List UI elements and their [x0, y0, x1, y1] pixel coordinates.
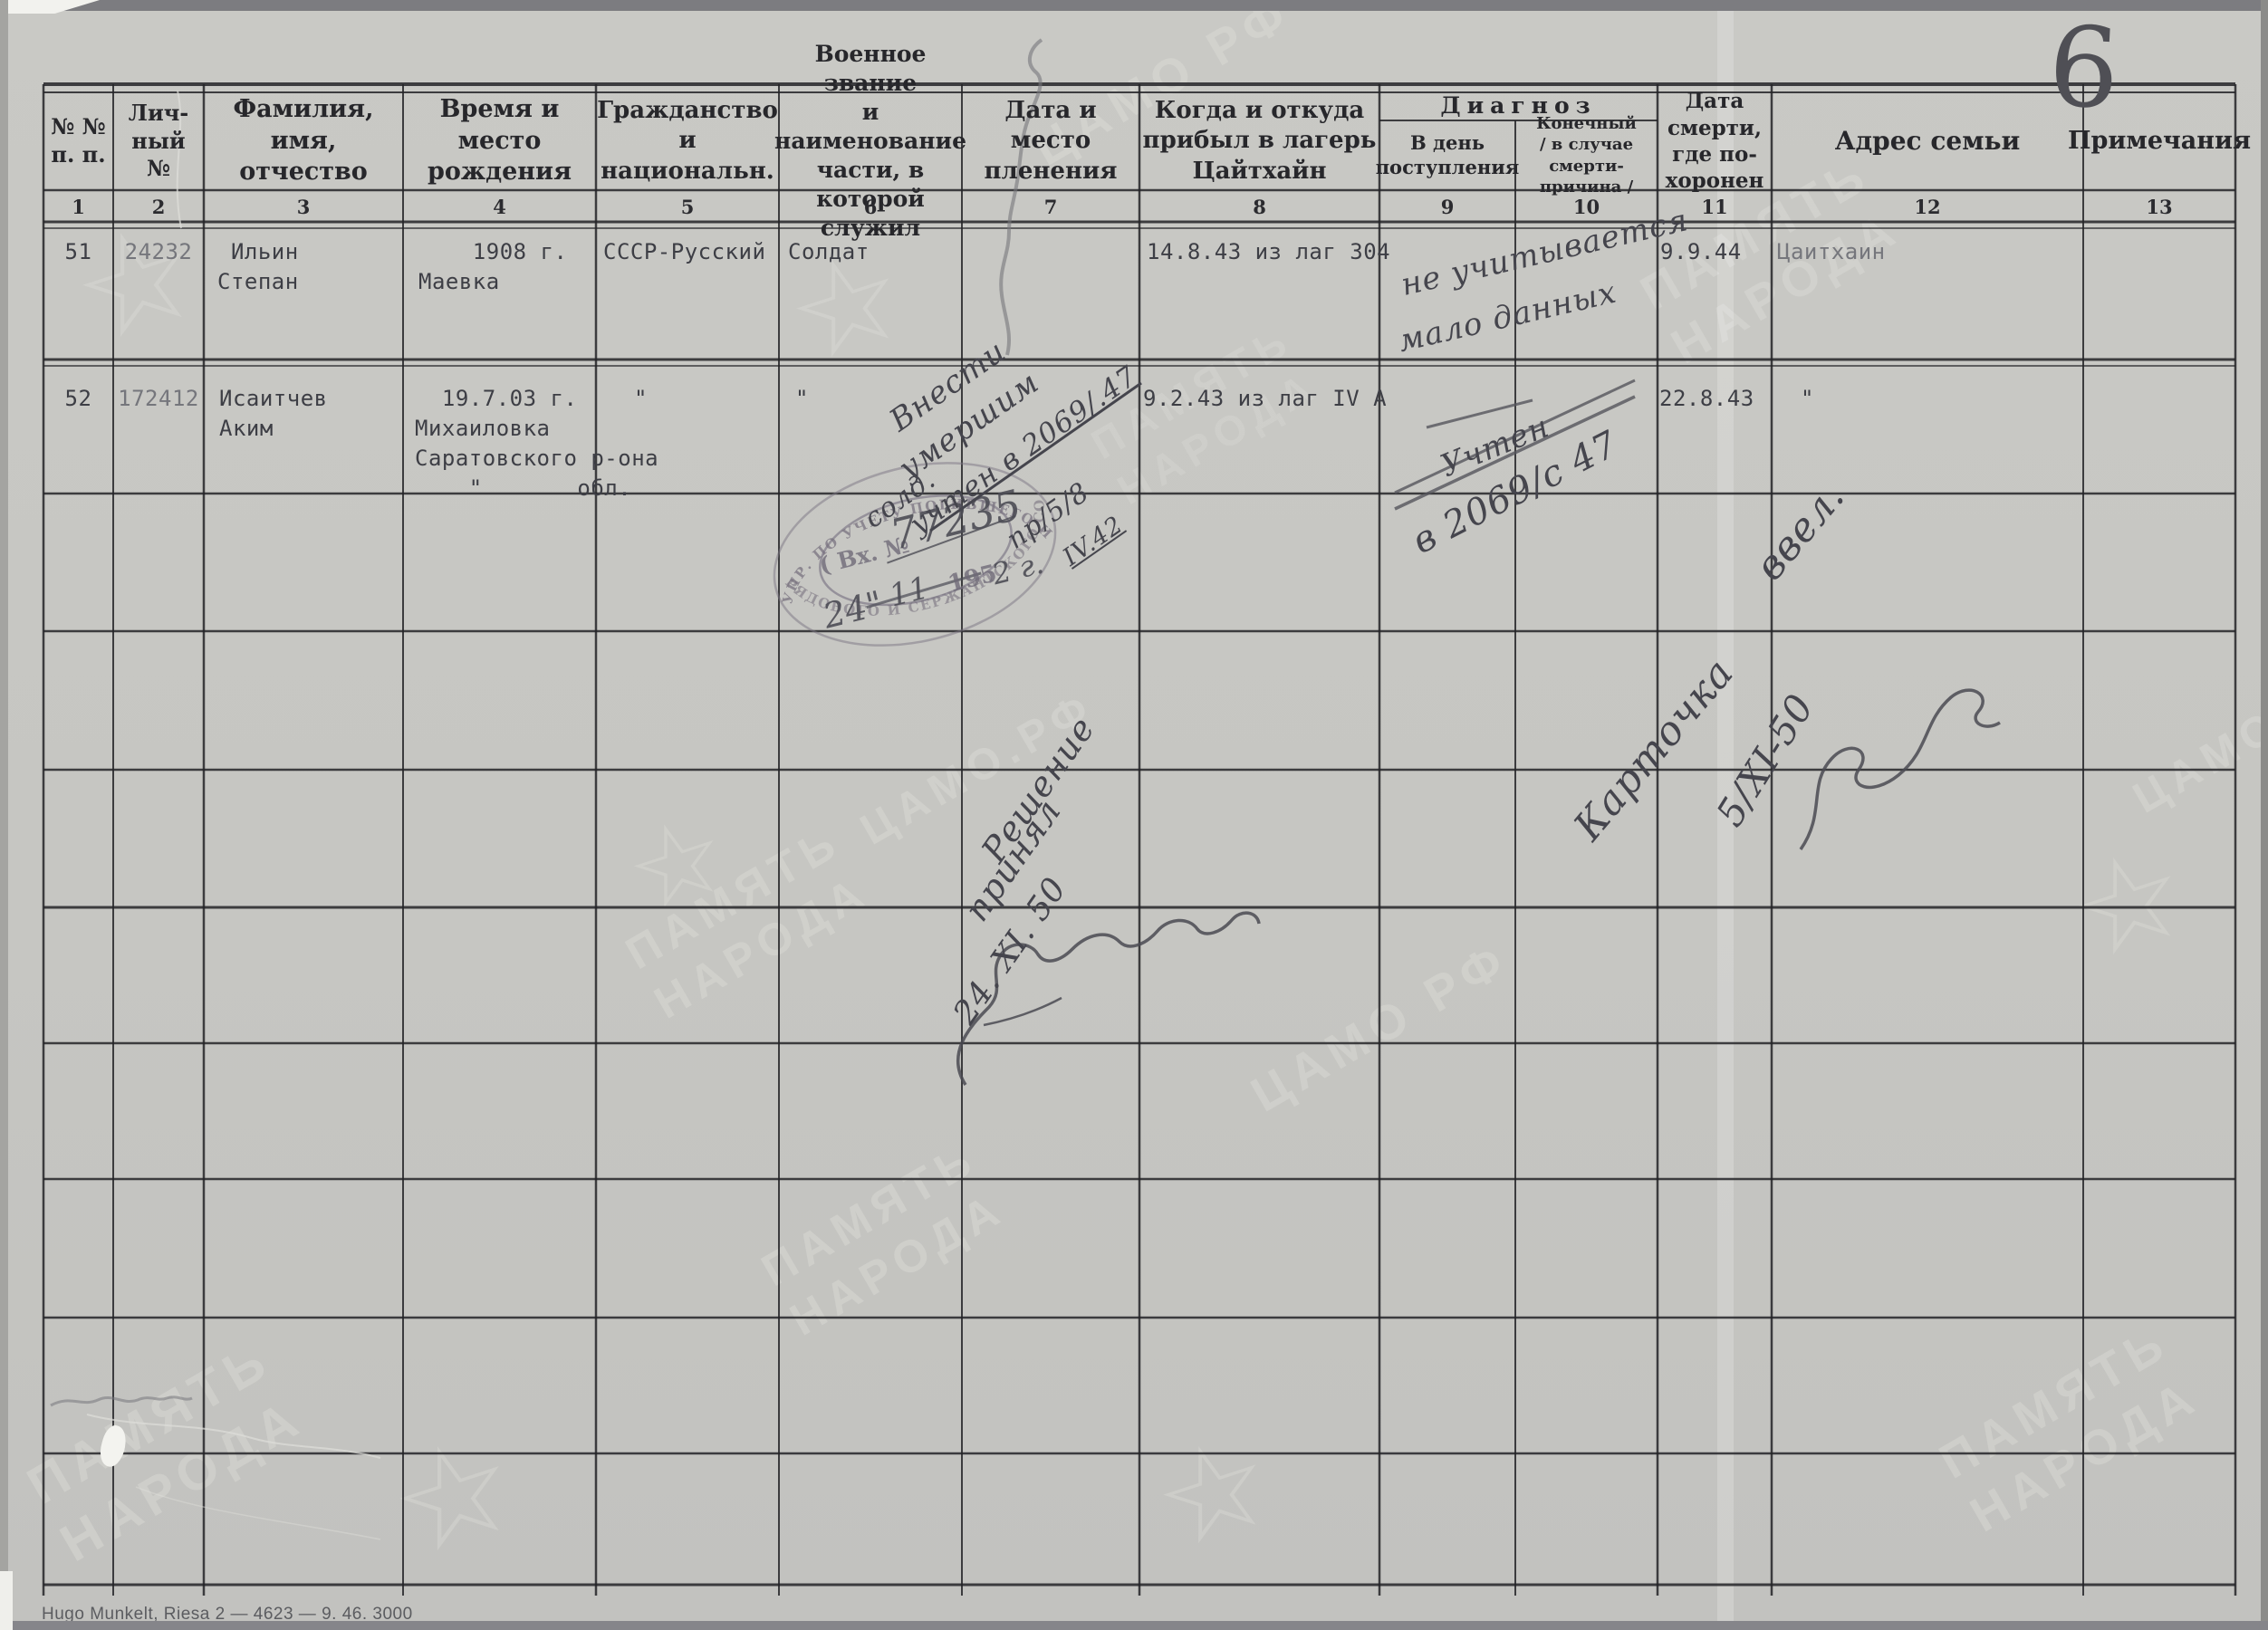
stamp-date-day: 24": [818, 583, 887, 637]
col-number-1: 1: [43, 192, 113, 222]
page-number: 6: [2045, 2, 2122, 134]
col-header-9: В день поступления: [1379, 120, 1515, 190]
col-number-8: 8: [1139, 192, 1379, 222]
scanned-pow-record-page: ☆ ЦАМО РФ ☆ ПАМЯТЬ НАРОДА ПАМЯТЬ НАРОДА …: [0, 0, 2268, 1630]
row52-burial-ditto: ": [1801, 384, 1814, 414]
scan-edge-right: [2261, 0, 2268, 1630]
col-header-3: Фамилия, имя, отчество: [204, 92, 403, 190]
row51-personal-no: 24232: [113, 237, 204, 267]
col-number-9: 9: [1379, 192, 1515, 222]
row52-personal-no: 172412: [113, 384, 204, 414]
row52-no: 52: [43, 384, 113, 414]
col-header-7: Дата и место пленения: [962, 92, 1139, 190]
table-grid: УПР. ПО УЧЕТУ ПОГИБШЕГО И ПРОПАВШЕГО РЯД…: [0, 0, 2268, 1630]
col-number-3: 3: [204, 192, 403, 222]
row51-rank: Солдат: [788, 237, 870, 267]
paper-creases: [87, 91, 380, 1539]
col-header-8: Когда и откуда прибыл в лагерь Цайтхайн: [1139, 92, 1379, 190]
scan-edge-left: [0, 0, 8, 1630]
col-number-12: 12: [1772, 192, 2083, 222]
scan-edge-top: [0, 0, 2268, 11]
col-header-6: Военное звание и наименование части, в к…: [779, 92, 962, 190]
row52-rank-ditto: ": [795, 384, 809, 414]
row52-citizenship-ditto: ": [634, 384, 648, 414]
row52-arrival: 9.2.43 из лаг IV А: [1143, 384, 1387, 414]
col-number-7: 7: [962, 192, 1139, 222]
scan-edge-bottom: [0, 1621, 2268, 1630]
col-number-2: 2: [113, 192, 204, 222]
col-header-2: Лич- ный №: [113, 92, 204, 190]
row51-burial-place: Цаитхаин: [1777, 237, 1886, 267]
row52-birth: 19.7.03 г. Михаиловка Саратовского р-она…: [415, 384, 658, 503]
col-header-1: № № п. п.: [43, 92, 113, 190]
row52-death-date: 22.8.43: [1659, 384, 1754, 414]
col-number-13: 13: [2083, 192, 2235, 222]
row51-birth: 1908 г. Маевка: [418, 237, 567, 297]
col-number-6: 6: [779, 192, 962, 222]
col-number-5: 5: [596, 192, 779, 222]
col-header-10: Конечный / в случае смерти- причина /: [1515, 120, 1658, 190]
col-number-4: 4: [403, 192, 596, 222]
col-header-5: Гражданство и национальн.: [596, 92, 779, 190]
col-header-12: Адрес семьи: [1772, 92, 2083, 190]
row51-name: Ильин Степан: [217, 237, 299, 297]
signatures: [958, 690, 2000, 1085]
row51-arrival: 14.8.43 из лаг 304: [1147, 237, 1390, 267]
row52-name: Исаитчев Аким: [219, 384, 328, 444]
row51-citizenship: СССР-Русский: [603, 237, 765, 267]
col-header-4: Время и место рождения: [403, 92, 596, 190]
row51-no: 51: [43, 237, 113, 267]
scan-corner-bottom-left: [0, 1571, 13, 1630]
col-header-11: Дата смерти, где по- хоронен: [1658, 92, 1772, 190]
